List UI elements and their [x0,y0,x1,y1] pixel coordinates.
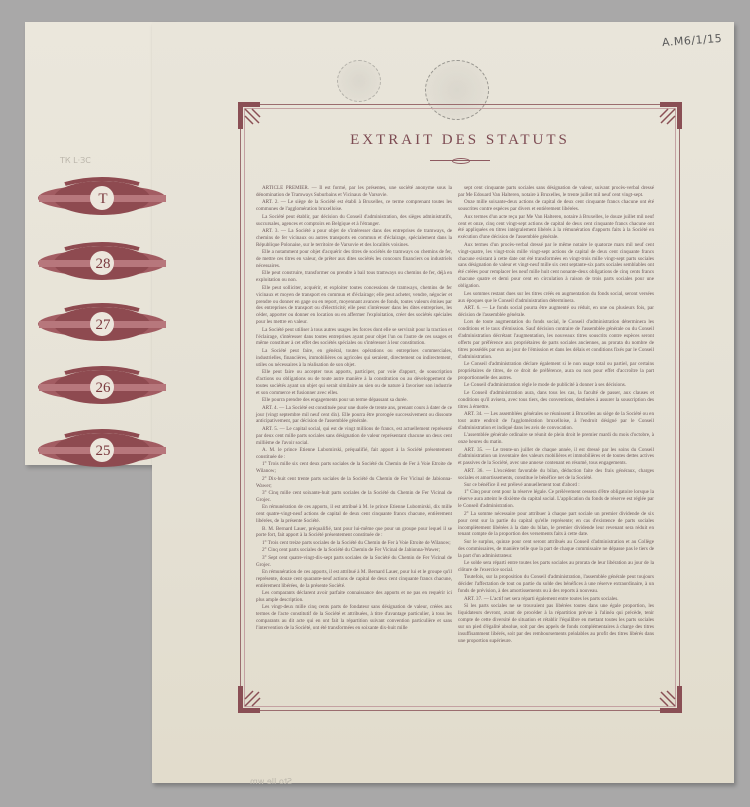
statute-paragraph: ARTICLE PREMIER. — Il est formé, par les… [256,185,452,199]
statute-paragraph: Sur le surplus, quinze pour cent seront … [458,539,654,560]
statute-paragraph: ART. 6. — Le fonds social pourra être au… [458,305,654,319]
statute-paragraph: Les vingt-deux mille cinq cents parts de… [256,604,452,632]
statute-paragraph: La Société peut établir, par décision du… [256,214,452,228]
statute-paragraph: Le Conseil d'administration déclare égal… [458,361,654,382]
statute-paragraph: ART. 2. — Le siège de la Société est éta… [256,199,452,213]
statute-paragraph: ART. 4. — La Société est constituée pour… [256,405,452,426]
statute-paragraph: Sur ce bénéfice il est prélevé annuellem… [458,482,654,489]
statute-paragraph: Elle peut construire, transformer ou pre… [256,270,452,284]
statute-paragraph: 1° Trois mille six cent deux parts socia… [256,461,452,475]
statute-paragraph: A. M. le prince Etienne Lubomirski, préq… [256,447,452,461]
statute-paragraph: Les comparants déclarent avoir parfaite … [256,590,452,604]
statutes-column-right: sept cent cinquante parts sociales sans … [458,185,654,645]
statute-paragraph: ART. 37. — L'actif net sera réparti égal… [458,596,654,603]
title-flourish-icon [430,160,490,161]
statute-paragraph: 2° La somme nécessaire pour attribuer à … [458,511,654,539]
statute-paragraph: Le Conseil d'administration aura, dans t… [458,390,654,411]
statute-paragraph: Lors de toute augmentation du fonds soci… [458,319,654,360]
statute-paragraph: Elle a notamment pour objet d'acquérir d… [256,249,452,270]
statute-paragraph: Elle pourra prendre des engagements pour… [256,397,452,404]
statute-paragraph: Le Conseil d'administration règle le mod… [458,382,654,389]
statute-paragraph: Si les parts sociales ne se trouvaient p… [458,603,654,644]
statute-paragraph: En rémunération de ces apports, il est a… [256,569,452,590]
statute-paragraph: ART. 5. — Le capital social, qui est de … [256,426,452,447]
pencil-note-left: ТК L·ЗС [60,156,91,165]
statute-paragraph: ART. 34. — Les assemblées générales se r… [458,411,654,432]
statute-paragraph: ART. 3. — La Société a pour objet de s'i… [256,228,452,249]
statute-paragraph: 1° Cinq pour cent pour la réserve légale… [458,489,654,510]
coupon-number: 26 [91,377,115,399]
statute-paragraph: Toutefois, sur la proposition du Conseil… [458,574,654,595]
statute-paragraph: En rémunération de ces apports, il est a… [256,504,452,525]
coupon-28: 28 [35,241,170,285]
statute-paragraph: 3° Cinq mille cent soixante-huit parts s… [256,490,452,504]
statute-paragraph: ART. 35. — Le trente-un juillet de chaqu… [458,447,654,468]
pencil-note-bottom: Sto Ile wm [250,777,292,786]
statute-paragraph: 1° Trois cent treize parts sociales de l… [256,540,452,547]
statute-paragraph: 3° Sept cent quatre-vingt-dix-sept parts… [256,555,452,569]
corner-ornament-icon [236,681,270,715]
statute-paragraph: sept cent cinquante parts sociales sans … [458,185,654,199]
document-title: EXTRAIT DES STATUTS [240,132,680,149]
coupon-number: 27 [91,314,115,336]
corner-ornament-icon [650,681,684,715]
statute-paragraph: Le solde sera réparti entre toutes les p… [458,560,654,574]
statute-paragraph: La Société peut faire, en général, toute… [256,348,452,369]
statute-paragraph: Elle peut faire ou accepter tous apports… [256,369,452,397]
statute-paragraph: 2° Cinq cent parts sociales de la Sociét… [256,547,452,554]
statute-paragraph: Onze mille soixante-deux actions de capi… [458,199,654,213]
coupon-number: 25 [91,440,115,462]
statute-paragraph: Elle peut solliciter, acquérir, et explo… [256,285,452,326]
coupon-T: T [35,176,170,220]
statute-paragraph: Les sommes restant dues sur les titres c… [458,291,654,305]
statute-paragraph: 2° Dix-huit cent trente parts sociales d… [256,476,452,490]
statute-paragraph: La Société peut utiliser à tous autres u… [256,327,452,348]
coupon-26: 26 [35,365,170,409]
coupon-number: 28 [91,253,115,275]
coupon-25: 25 [35,428,170,472]
statute-paragraph: L'assemblée générale ordinaire se réunit… [458,432,654,446]
coupon-number: T [91,188,115,210]
corner-ornament-icon [650,100,684,134]
statute-paragraph: Aux termes d'un procès-verbal dressé par… [458,242,654,290]
statute-paragraph: ART. 36. — L'excédent favorable du bilan… [458,468,654,482]
corner-ornament-icon [236,100,270,134]
coupon-27: 27 [35,302,170,346]
faint-stamp-icon [337,60,381,102]
statute-paragraph: B. M. Bernard Lauer, préqualifié, tant p… [256,526,452,540]
statute-paragraph: Aux termes d'un acte reçu par Me Van Hal… [458,214,654,242]
statutes-column-left: ARTICLE PREMIER. — Il est formé, par les… [256,185,452,633]
